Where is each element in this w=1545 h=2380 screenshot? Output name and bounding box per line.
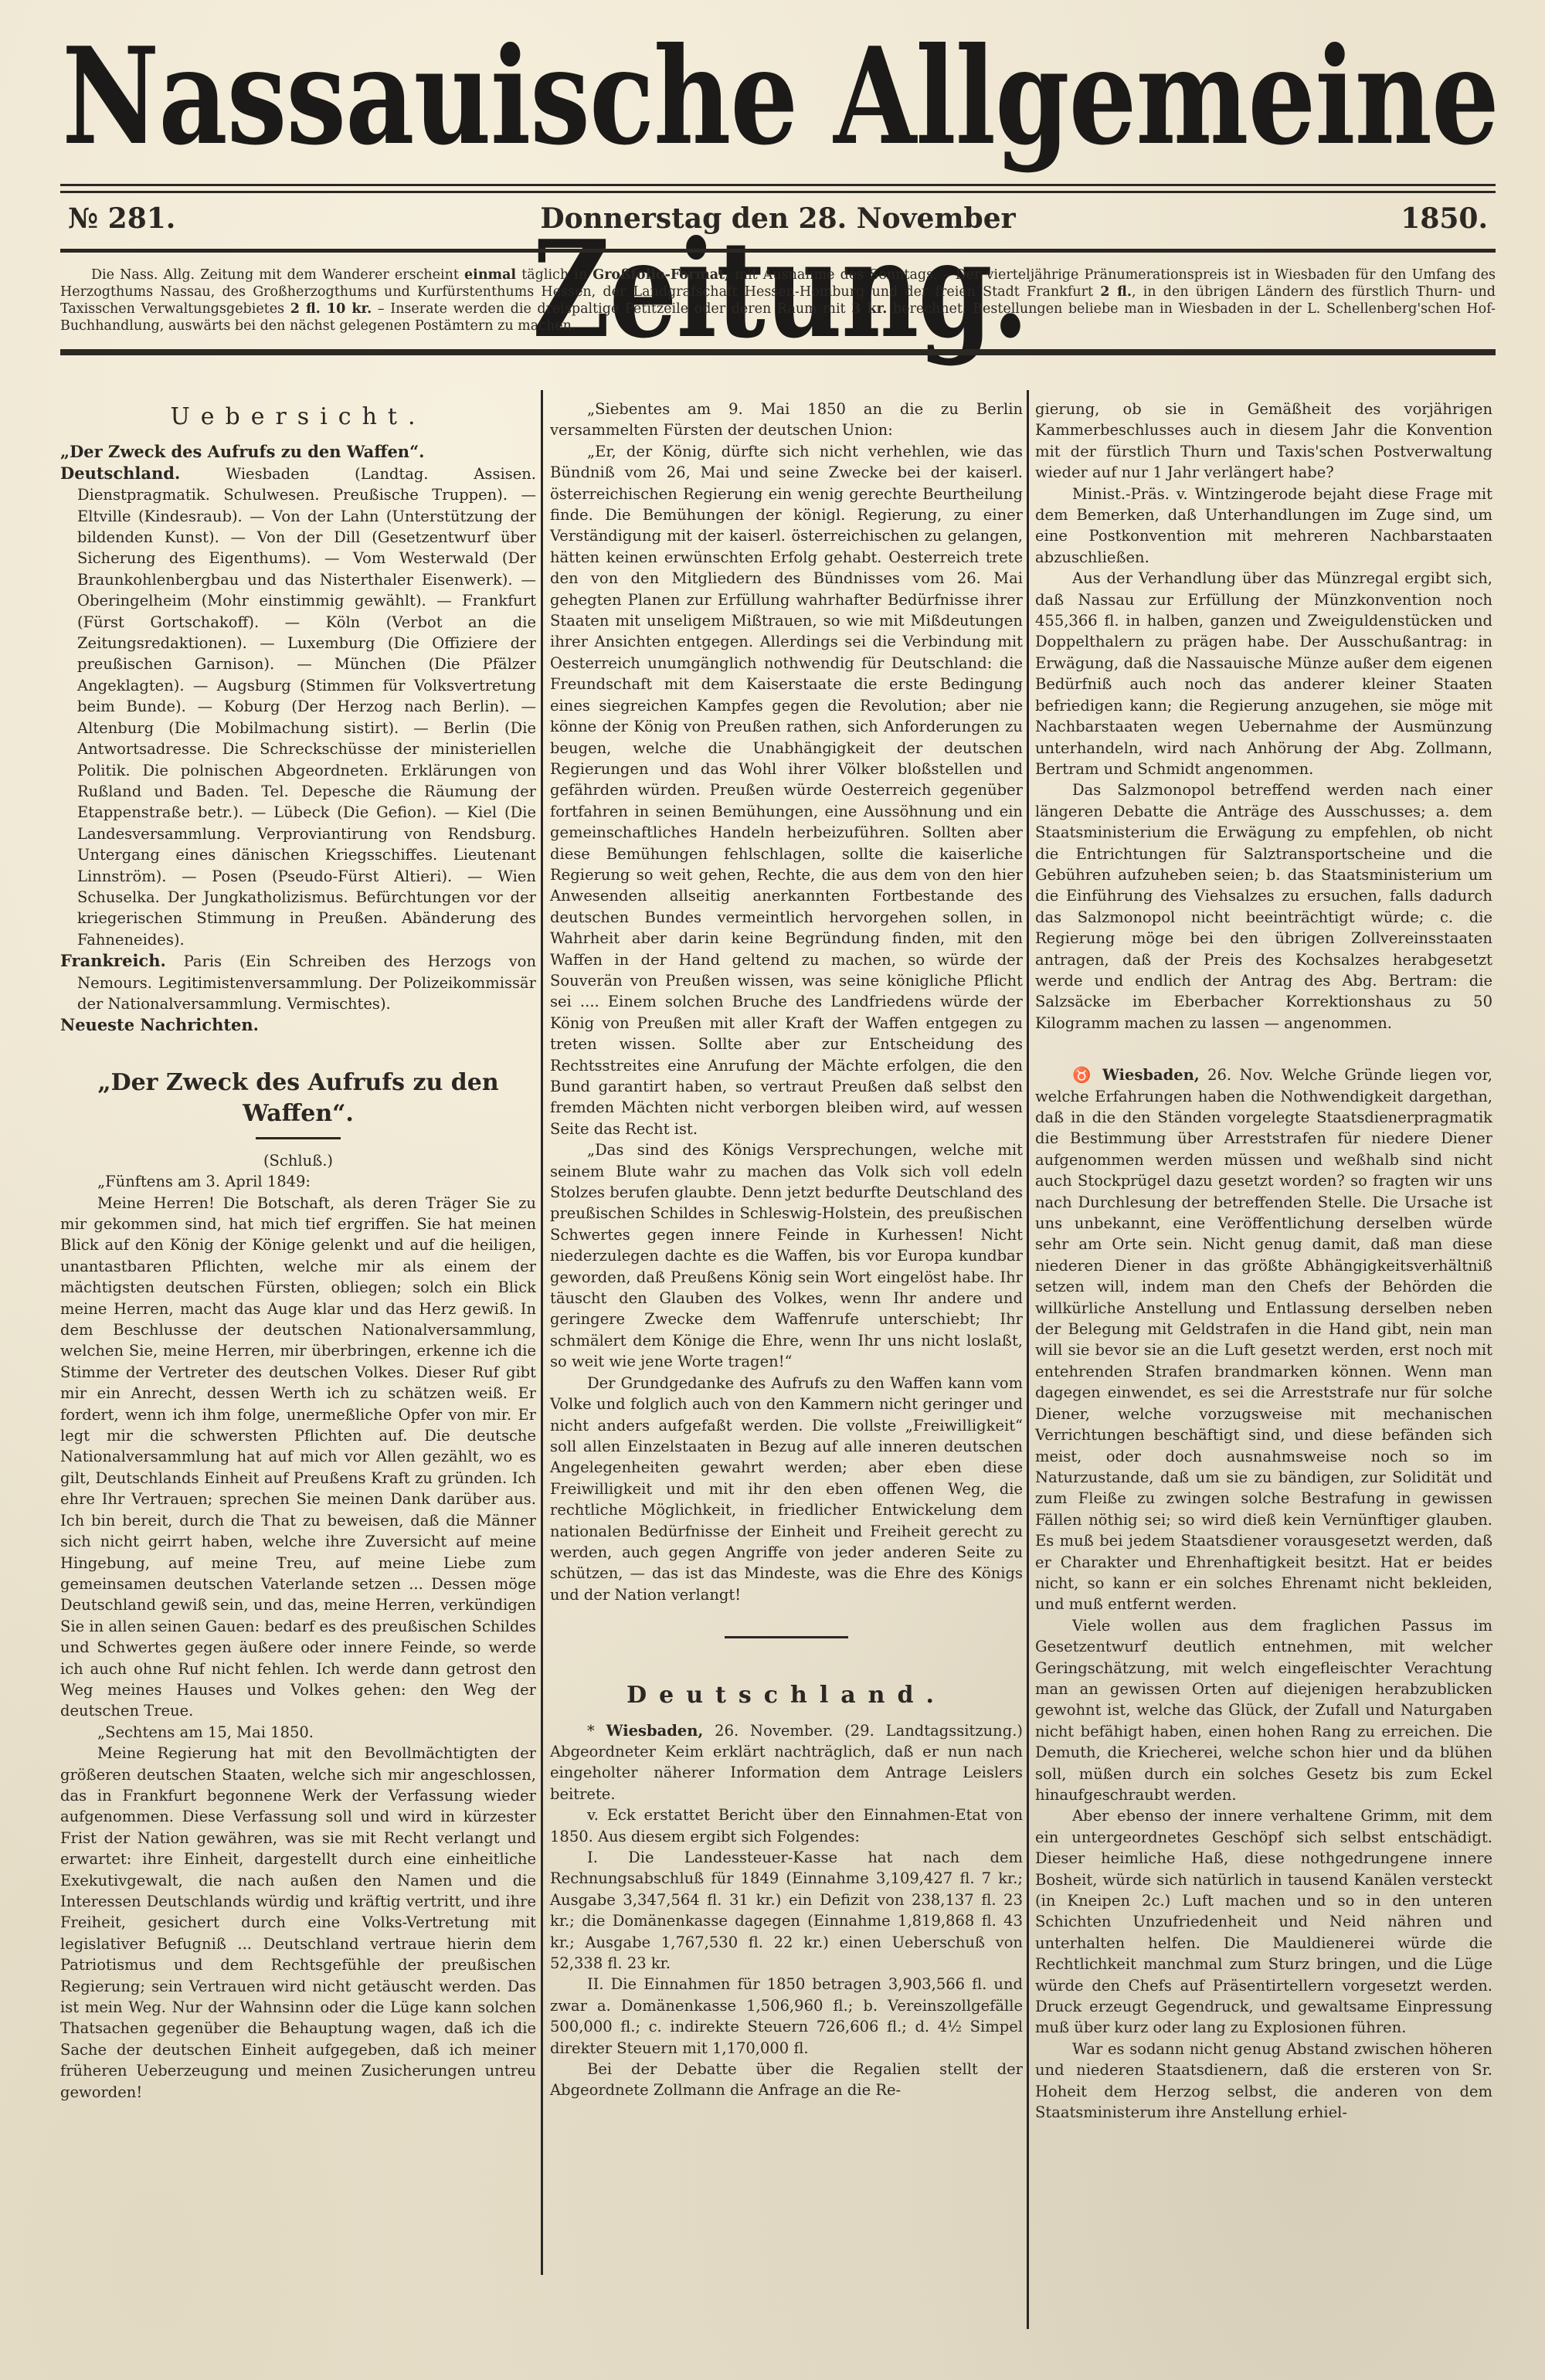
column-divider-2 — [1027, 390, 1029, 2329]
dispatch-paragraph: Aber ebenso der innere verhaltene Grimm,… — [1035, 1805, 1492, 2038]
overview-deutschland: Deutschland. Wiesbaden (Landtag. Assisen… — [60, 463, 536, 950]
overview-lead: „Der Zweck des Aufrufs zu den Waffen“. — [60, 441, 536, 462]
dispatch-paragraph: I. Die Landessteuer-Kasse hat nach dem R… — [550, 1847, 1023, 1974]
article-paragraph: Meine Regierung hat mit den Bevollmächti… — [60, 1743, 536, 2103]
masthead-title: Nassauische Allgemeine Zeitung. — [54, 0, 1506, 193]
section-divider — [725, 1636, 848, 1638]
dispatch-paragraph: War es sodann nicht genug Abstand zwisch… — [1035, 2039, 1492, 2124]
column-2: „Siebentes am 9. Mai 1850 an die zu Berl… — [550, 399, 1023, 2101]
issue-year: 1850. — [1401, 202, 1488, 235]
dateline-rule — [60, 249, 1496, 253]
dispatch-paragraph: Viele wollen aus dem fraglichen Passus i… — [1035, 1615, 1492, 1806]
article-paragraph: „Fünftens am 3. April 1849: — [60, 1171, 536, 1192]
deutschland-heading: Deutschland. — [550, 1685, 1023, 1706]
dispatch-paragraph: Aus der Verhandlung über das Münzregal e… — [1035, 568, 1492, 779]
column-3: gierung, ob sie in Gemäßheit des vorjähr… — [1035, 399, 1492, 2124]
issue-date: Donnerstag den 28. November — [60, 202, 1496, 235]
dispatch-wiesbaden-1: * Wiesbaden, 26. November. (29. Landtags… — [550, 1720, 1023, 1805]
article-paragraph: Meine Herren! Die Botschaft, als deren T… — [60, 1193, 536, 1722]
dispatch-paragraph: v. Eck erstattet Bericht über den Einnah… — [550, 1805, 1023, 1847]
overview-list: „Der Zweck des Aufrufs zu den Waffen“. D… — [60, 441, 536, 1036]
dispatch-paragraph: Bei der Debatte über die Regalien stellt… — [550, 2059, 1023, 2101]
subscription-notice: Die Nass. Allg. Zeitung mit dem Wanderer… — [60, 267, 1496, 334]
article-paragraph: „Sechtens am 15, Mai 1850. — [60, 1722, 536, 1743]
dispatch-paragraph: II. Die Einnahmen für 1850 betragen 3,90… — [550, 1974, 1023, 2059]
overview-heading: Uebersicht. — [60, 406, 536, 427]
column-divider-1 — [541, 390, 543, 2275]
dispatch-paragraph: Minist.-Präs. v. Wintzingerode bejaht di… — [1035, 484, 1492, 569]
column-1: Uebersicht. „Der Zweck des Aufrufs zu de… — [60, 379, 536, 2103]
overview-neueste: Neueste Nachrichten. — [60, 1014, 536, 1036]
dispatch-paragraph: gierung, ob sie in Gemäßheit des vorjähr… — [1035, 399, 1492, 484]
article-paragraph: „Das sind des Königs Versprechungen, wel… — [550, 1139, 1023, 1372]
title-rule — [256, 1137, 341, 1139]
article-paragraph: „Er, der König, dürfte sich nicht verheh… — [550, 441, 1023, 1139]
article-paragraph: „Siebentes am 9. Mai 1850 an die zu Berl… — [550, 399, 1023, 441]
notice-rule — [60, 349, 1496, 355]
dispatch-paragraph: Das Salzmonopol betreffend werden nach e… — [1035, 779, 1492, 1034]
dateline: № 281. Donnerstag den 28. November 1850. — [60, 199, 1496, 238]
article-paragraph: Der Grundgedanke des Aufrufs zu den Waff… — [550, 1373, 1023, 1605]
overview-frankreich: Frankreich. Paris (Ein Schreiben des Her… — [60, 950, 536, 1014]
article-title: „Der Zweck des Aufrufs zu den Waffen“. — [60, 1068, 536, 1129]
article-subtitle: (Schluß.) — [60, 1150, 536, 1171]
dispatch-wiesbaden-2: ♉ Wiesbaden, 26. Nov. Welche Gründe lieg… — [1035, 1064, 1492, 1615]
masthead-rule — [60, 184, 1496, 193]
